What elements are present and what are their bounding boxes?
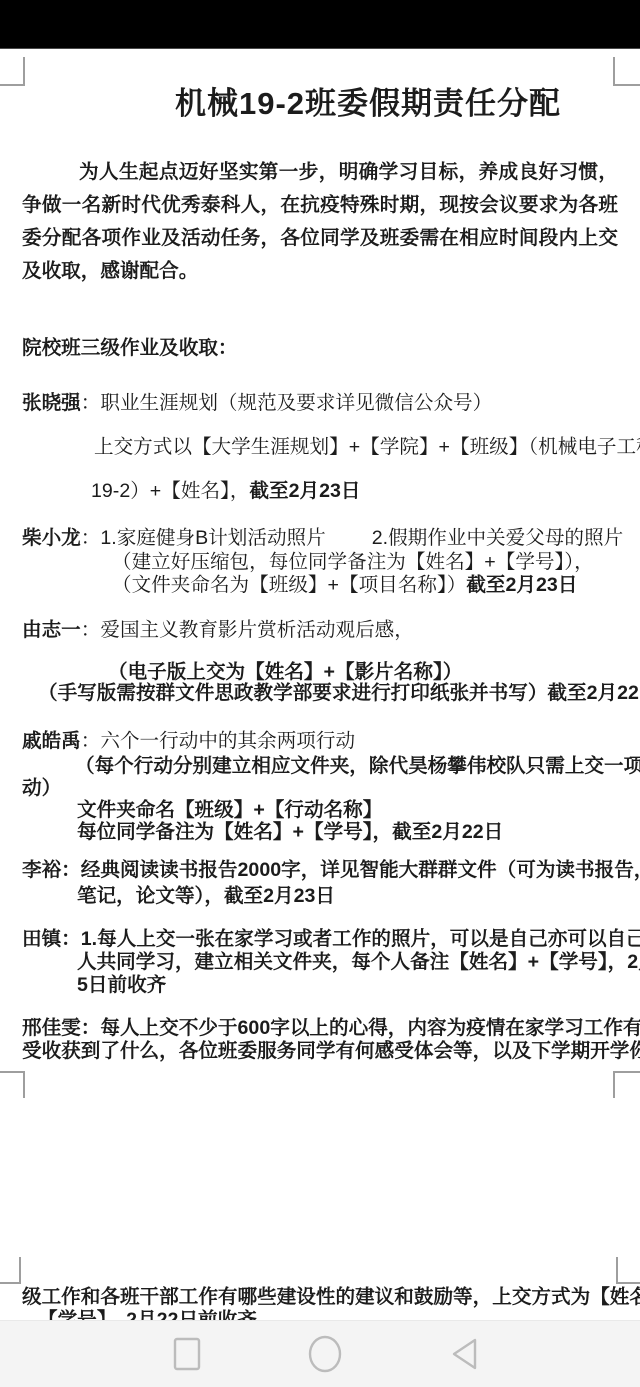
recents-square-icon — [171, 1336, 203, 1372]
home-circle-icon — [307, 1334, 343, 1374]
task-item-2: 2.假期作业中关爱父母的照片 — [372, 527, 623, 549]
section-heading: 院校班三级作业及收取： — [22, 336, 622, 360]
assignment-qihaoyu-line1: 戚皓禹：六个一行动中的其余两项行动 — [22, 729, 622, 753]
task-text: ：爱国主义教育影片赏析活动观后感， — [81, 619, 414, 641]
page1-corner-mark-bottom-left — [0, 1071, 25, 1098]
assignment-youzhiyi-line3: （手写版需按群文件思政教学部要求进行打印纸张并书写）截至2月22日 — [22, 681, 638, 705]
document-title: 机械19-2班委假期责任分配 — [0, 84, 640, 124]
page2-corner-mark-top-right — [616, 1257, 640, 1284]
assignee-name: 戚皓禹 — [22, 730, 81, 752]
page1-corner-mark-bottom-right — [613, 1071, 640, 1098]
assignment-liyu-line2: 笔记，论文等），截至2月23日 — [22, 884, 640, 908]
assignment-qihaoyu-line2: （每个行动分别建立相应文件夹，除代昊杨攀伟校队只需上交一项行 — [22, 754, 640, 778]
assignment-qihaoyu-line5: 每位同学备注为【姓名】+【学号】，截至2月22日 — [22, 820, 640, 844]
deadline-text: 截至2月23日 — [249, 480, 360, 502]
assignment-liyu-line1: 李裕：经典阅读读书报告2000字，详见智能大群群文件（可为读书报告，自学 — [22, 858, 622, 882]
assignment-xingjiawen-line1: 邢佳雯：每人上交不少于600字以上的心得，内容为疫情在家学习工作有何感 — [22, 1016, 622, 1040]
assignee-name: 张晓强 — [22, 392, 81, 414]
page2-continuation-line1: 级工作和各班干部工作有哪些建设性的建议和鼓励等，上交方式为【姓名】+ — [22, 1285, 622, 1309]
page1-corner-mark-top-left — [0, 57, 25, 86]
assignee-name: 柴小龙 — [22, 527, 81, 549]
task-text: ：六个一行动中的其余两项行动 — [81, 730, 355, 752]
intro-paragraph: 为人生起点迈好坚实第一步，明确学习目标，养成良好习惯，争做一名新时代优秀泰科人，… — [22, 156, 618, 288]
task-item-1: 1.家庭健身B计划活动照片 — [100, 527, 325, 549]
assignment-xingjiawen-line2: 受收获到了什么，各位班委服务同学有何感受体会等，以及下学期开学你对班 — [22, 1039, 622, 1063]
assignment-chaixiaolong-line2: （建立好压缩包，每位同学备注为【姓名】+【学号】）， — [22, 550, 640, 574]
android-nav-bar — [0, 1320, 640, 1387]
document-view[interactable]: 机械19-2班委假期责任分配 为人生起点迈好坚实第一步，明确学习目标，养成良好习… — [0, 0, 640, 1387]
assignment-chaixiaolong-line1: 柴小龙：1.家庭健身B计划活动照片2.假期作业中关爱父母的照片 — [22, 526, 622, 550]
assignment-zhangxiaoqiang-line3: 19-2）+【姓名】，截至2月23日 — [22, 479, 640, 503]
assignment-zhangxiaoqiang-line2: 上交方式以【大学生涯规划】+【学院】+【班级】（机械电子工程 — [22, 435, 640, 459]
task-text: 19-2）+【姓名】， — [91, 480, 249, 502]
assignment-zhangxiaoqiang-line1: 张晓强：职业生涯规划（规范及要求详见微信公众号） — [22, 391, 622, 415]
assignment-tianzhen-line2: 人共同学习，建立相关文件夹，每个人备注【姓名】+【学号】，2月2 — [22, 950, 640, 974]
deadline-text: 截至2月23日 — [466, 574, 577, 596]
home-button[interactable] — [301, 1330, 349, 1378]
status-bar — [0, 0, 640, 49]
task-text: ：职业生涯规划（规范及要求详见微信公众号） — [81, 392, 492, 414]
assignment-tianzhen-line3: 5日前收齐 — [22, 973, 640, 997]
task-text: （文件夹命名为【班级】+【项目名称】） — [112, 574, 466, 596]
back-button[interactable] — [442, 1330, 490, 1378]
phone-screen: 机械19-2班委假期责任分配 为人生起点迈好坚实第一步，明确学习目标，养成良好习… — [0, 0, 640, 1387]
page2-corner-mark-top-left — [0, 1257, 21, 1284]
back-triangle-icon — [449, 1336, 483, 1372]
assignment-qihaoyu-line3: 动） — [22, 776, 622, 800]
page1-corner-mark-top-right — [613, 57, 640, 86]
assignment-chaixiaolong-line3: （文件夹命名为【班级】+【项目名称】）截至2月23日 — [22, 573, 640, 597]
assignment-tianzhen-line1: 田镇：1.每人上交一张在家学习或者工作的照片，可以是自己亦可以自己与家 — [22, 927, 622, 951]
recents-button[interactable] — [163, 1330, 211, 1378]
assignee-name: 由志一 — [22, 619, 81, 641]
colon: ： — [81, 527, 101, 549]
assignment-qihaoyu-line4: 文件夹命名【班级】+【行动名称】 — [22, 798, 640, 822]
assignment-youzhiyi-line1: 由志一：爱国主义教育影片赏析活动观后感， — [22, 618, 622, 642]
